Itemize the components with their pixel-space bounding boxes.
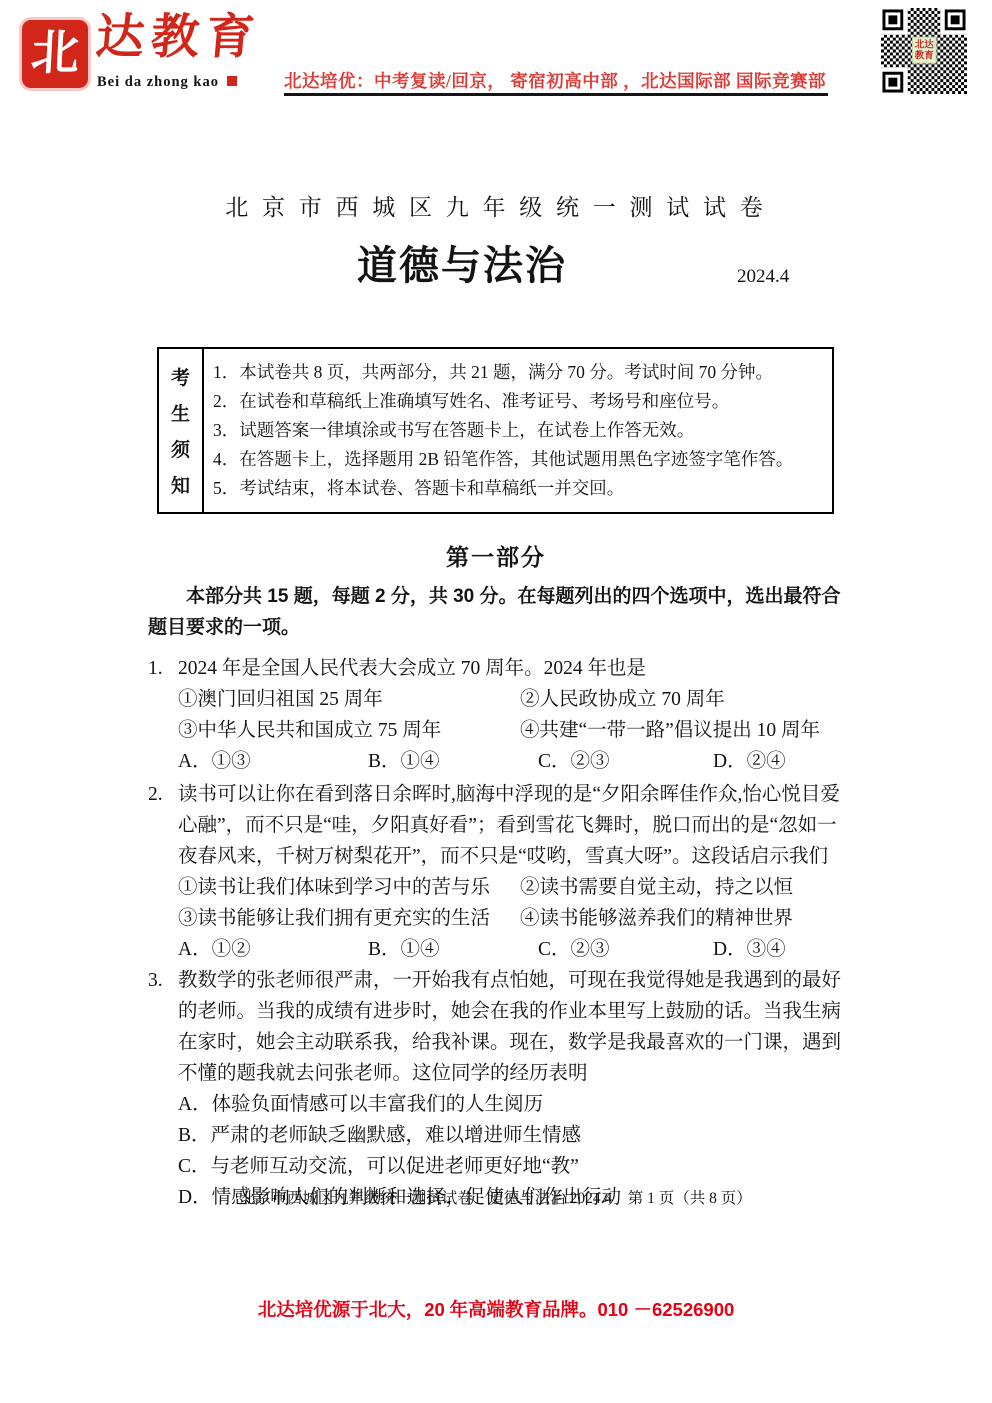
seal-character: 北 — [30, 30, 81, 78]
answer-option: C．②③ — [538, 934, 713, 965]
brand-footer-text: 年高端教育品牌。 — [445, 1301, 598, 1321]
notice-item: 2．在试卷和草稿纸上准确填写姓名、准考证号、考场号和座位号。 — [213, 387, 793, 416]
notice-label-char: 知 — [171, 471, 190, 498]
question-stem: 2024 年是全国人民代表大会成立 70 周年。2024 年也是 — [178, 653, 848, 684]
statement-item: ③中华人民共和国成立 75 周年 — [178, 715, 520, 746]
statement-item: ②读书需要自觉主动，持之以恒 — [520, 872, 848, 903]
question-1: 1. 2024 年是全国人民代表大会成立 70 周年。2024 年也是 ①澳门回… — [148, 653, 848, 777]
notice-item: 4．在答题卡上，选择题用 2B 铅笔作答，其他试题用黑色字迹签字笔作答。 — [213, 445, 793, 474]
brand-footer-phone: 010 －62526900 — [597, 1299, 734, 1320]
statement-item: ③读书能够让我们拥有更充实的生活 — [178, 903, 520, 934]
statement-item: ④共建“一带一路”倡议提出 10 周年 — [520, 715, 848, 746]
exam-date: 2024.4 — [737, 266, 789, 288]
answer-option: A．①② — [178, 934, 368, 965]
question-number: 2. — [148, 779, 163, 810]
answer-option: B．严肃的老师缺乏幽默感，难以增进师生情感 — [178, 1120, 848, 1151]
qr-code-icon: 北达 教育 — [878, 8, 970, 94]
brand-footer: 北达培优源于北大，20 年高端教育品牌。010 －62526900 — [0, 1296, 992, 1322]
answer-row: A．①③ B．①④ C．②③ D．②④ — [178, 746, 848, 777]
svg-text:北达: 北达 — [915, 39, 934, 51]
answer-option: C．②③ — [538, 746, 713, 777]
answer-option: B．①④ — [368, 934, 538, 965]
answer-option: A．①③ — [178, 746, 368, 777]
question-number: 3. — [148, 965, 163, 996]
notice-item: 3．试题答案一律填涂或书写在答题卡上，在试卷上作答无效。 — [213, 416, 793, 445]
svg-text:教育: 教育 — [914, 49, 934, 61]
brand-subtitle: Bei da zhong kao — [97, 74, 237, 91]
part1-intro: 本部分共 15 题，每题 2 分，共 30 分。在每题列出的四个选项中，选出最符… — [148, 581, 845, 643]
statement-item: ①读书让我们体味到学习中的苦与乐 — [178, 872, 520, 903]
qr-finder-top-right — [945, 9, 966, 30]
statement-item: ①澳门回归祖国 25 周年 — [178, 684, 520, 715]
statement-item: ④读书能够滋养我们的精神世界 — [520, 903, 848, 934]
question-number: 1. — [148, 653, 163, 684]
notice-items: 1．本试卷共 8 页，共两部分，共 21 题，满分 70 分。考试时间 70 分… — [204, 349, 799, 512]
answer-option: A．体验负面情感可以丰富我们的人生阅历 — [178, 1089, 848, 1120]
page-footer: 北京市西城区九年级统一测试试卷 道德与法治 2024.4 第 1 页（共 8 页… — [0, 1188, 992, 1210]
subject-title-row: 道德与法治 2024.4 — [0, 241, 924, 291]
statement-row: ①澳门回归祖国 25 周年 ②人民政协成立 70 周年 — [178, 684, 848, 715]
question-3: 3. 教数学的张老师很严肃，一开始我有点怕她，可现在我觉得她是我遇到的最好的老师… — [148, 965, 848, 1213]
brand-seal-logo: 北 — [22, 20, 88, 88]
question-stem: 读书可以让你在看到落日余晖时,脑海中浮现的是“夕阳余晖佳作众,怡心悦目爱心融”，… — [178, 779, 848, 872]
answer-option: B．①④ — [368, 746, 538, 777]
subject-title: 道德与法治 — [357, 244, 567, 288]
notice-label: 考 生 须 知 — [159, 349, 204, 512]
notice-item: 5．考试结束，将本试卷、答题卡和草稿纸一并交回。 — [213, 474, 793, 503]
header-tagline: 北达培优：中考复读/回京， 寄宿初高中部 ，北达国际部 国际竞赛部 — [284, 68, 844, 93]
statement-row: ①读书让我们体味到学习中的苦与乐 ②读书需要自觉主动，持之以恒 — [178, 872, 848, 903]
notice-label-char: 生 — [171, 399, 190, 426]
exam-paper-page: 北 达教育 Bei da zhong kao 北达培优：中考复读/回京， 寄宿初… — [0, 0, 992, 1403]
answer-option: D．②④ — [713, 746, 848, 777]
answer-option: C．与老师互动交流，可以促进老师更好地“教” — [178, 1151, 848, 1182]
answer-option: D．③④ — [713, 934, 848, 965]
question-list: 1. 2024 年是全国人民代表大会成立 70 周年。2024 年也是 ①澳门回… — [148, 653, 848, 1213]
statement-row: ③读书能够让我们拥有更充实的生活 ④读书能够滋养我们的精神世界 — [178, 903, 848, 934]
statement-item: ②人民政协成立 70 周年 — [520, 684, 848, 715]
part1-heading: 第一部分 — [0, 542, 992, 573]
header-divider — [284, 93, 828, 96]
candidate-notice-box: 考 生 须 知 1．本试卷共 8 页，共两部分，共 21 题，满分 70 分。考… — [157, 347, 834, 514]
brand-name: 达教育 — [94, 12, 264, 65]
qr-finder-bottom-left — [882, 72, 903, 93]
brand-footer-text: 北达培优源于北大， — [258, 1301, 425, 1321]
statement-row: ③中华人民共和国成立 75 周年 ④共建“一带一路”倡议提出 10 周年 — [178, 715, 848, 746]
brand-square-icon — [227, 76, 237, 86]
brand-subtitle-text: Bei da zhong kao — [97, 74, 219, 90]
notice-item: 1．本试卷共 8 页，共两部分，共 21 题，满分 70 分。考试时间 70 分… — [213, 358, 793, 387]
answer-row: A．①② B．①④ C．②③ D．③④ — [178, 934, 848, 965]
brand-footer-years: 20 — [424, 1299, 445, 1320]
notice-label-char: 须 — [171, 435, 190, 462]
notice-label-char: 考 — [171, 363, 190, 390]
question-2: 2. 读书可以让你在看到落日余晖时,脑海中浮现的是“夕阳余晖佳作众,怡心悦目爱心… — [148, 779, 848, 965]
question-stem: 教数学的张老师很严肃，一开始我有点怕她，可现在我觉得她是我遇到的最好的老师。当我… — [178, 965, 848, 1089]
qr-finder-top-left — [882, 9, 903, 30]
